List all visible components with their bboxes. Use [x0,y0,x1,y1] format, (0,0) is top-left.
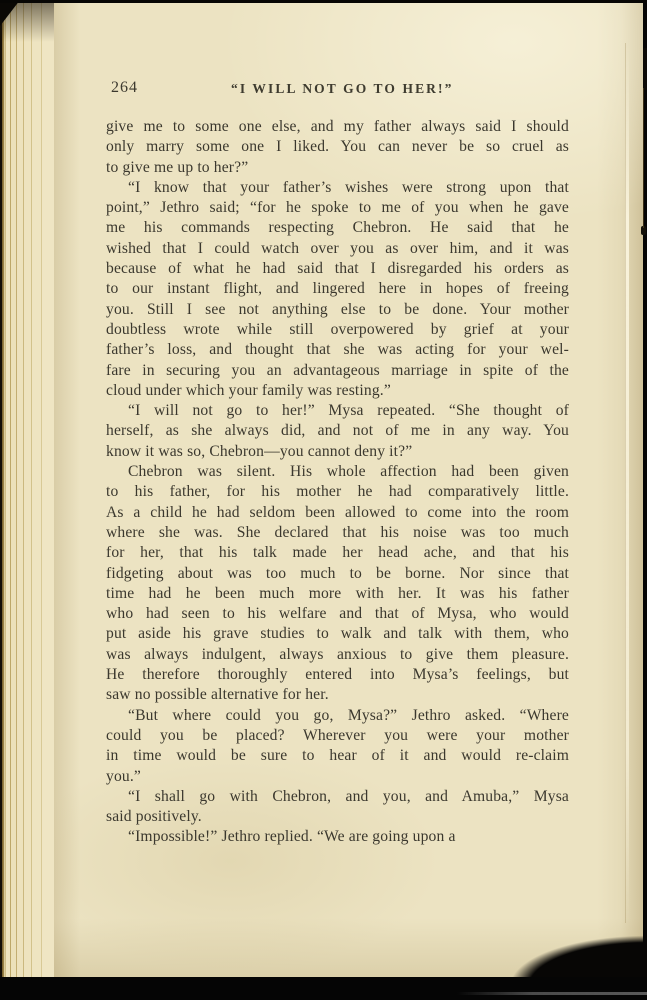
text-line: to his father, for his mother he had com… [106,482,569,502]
scan-edge-mark [643,48,647,90]
book-page: 264 “I WILL NOT GO TO HER!” give me to s… [54,3,643,978]
text-line: “Impossible!” Jethro replied. “We are go… [106,827,569,847]
page-crease [625,43,629,923]
scan-corner-shadow [0,0,20,26]
paragraph: “I will not go to her!” Mysa repeated. “… [106,401,569,462]
text-line: fare in securing you an advantageous mar… [106,361,569,381]
text-line: was always indulgent, always anxious to … [106,645,569,665]
page-number: 264 [111,79,138,97]
scan-edge-line [643,88,644,228]
paragraph: “But where could you go, Mysa?” Jethro a… [106,706,569,787]
text-line: He therefore thoroughly entered into Mys… [106,665,569,685]
text-line: only marry some one I liked. You can nev… [106,137,569,157]
paragraph: Chebron was silent. His whole affection … [106,462,569,706]
text-line: said positively. [106,807,569,827]
text-line: cloud under which your family was restin… [106,381,569,401]
text-line: As a child he had seldom been allowed to… [106,503,569,523]
text-line: me his commands respecting Chebron. He s… [106,218,569,238]
text-line: point,” Jethro said; “for he spoke to me… [106,198,569,218]
text-line: doubtless wrote while still overpowered … [106,320,569,340]
text-line: who had seen to his welfare and that of … [106,604,569,624]
text-line: time had he been much more with her. It … [106,584,569,604]
text-line: where she was. She declared that his noi… [106,523,569,543]
text-line: know it was so, Chebron—you cannot deny … [106,442,569,462]
text-line: to our instant flight, and lingered here… [106,279,569,299]
text-line: “I will not go to her!” Mysa repeated. “… [106,401,569,421]
paragraph: “I shall go with Chebron, and you, and A… [106,787,569,828]
page-header: 264 “I WILL NOT GO TO HER!” [106,79,574,101]
text-line: father’s loss, and thought that she was … [106,340,569,360]
text-line: “I shall go with Chebron, and you, and A… [106,787,569,807]
scanner-bed-highlight [457,992,647,995]
paragraph: give me to some one else, and my father … [106,117,569,178]
text-line: in time would be sure to hear of it and … [106,746,569,766]
body-text: give me to some one else, and my father … [106,117,569,848]
running-header-title: “I WILL NOT GO TO HER!” [231,81,453,97]
paragraph: “Impossible!” Jethro replied. “We are go… [106,827,569,847]
text-line: you.” [106,767,569,787]
text-line: Chebron was silent. His whole affection … [106,462,569,482]
text-line: “But where could you go, Mysa?” Jethro a… [106,706,569,726]
text-line: for her, that his talk made her head ach… [106,543,569,563]
scanner-bed-top [0,0,647,3]
text-line: wished that I could watch over you as ov… [106,239,569,259]
text-line: to give me up to her?” [106,158,569,178]
text-line: because of what he had said that I disre… [106,259,569,279]
text-line: could you be placed? Wherever you were y… [106,726,569,746]
paragraph: “I know that your father’s wishes were s… [106,178,569,401]
scanned-book-page: 264 “I WILL NOT GO TO HER!” give me to s… [0,0,647,1000]
text-line: you. Still I see not anything else to be… [106,300,569,320]
book-fore-edge-pages [0,2,56,978]
text-line: give me to some one else, and my father … [106,117,569,137]
scanner-bed-bottom [0,977,647,1000]
text-line: saw no possible alternative for her. [106,685,569,705]
text-line: herself, as she always did, and not of m… [106,421,569,441]
text-line: fidgeting about was too much to be borne… [106,564,569,584]
text-line: put aside his grave studies to walk and … [106,624,569,644]
text-line: “I know that your father’s wishes were s… [106,178,569,198]
